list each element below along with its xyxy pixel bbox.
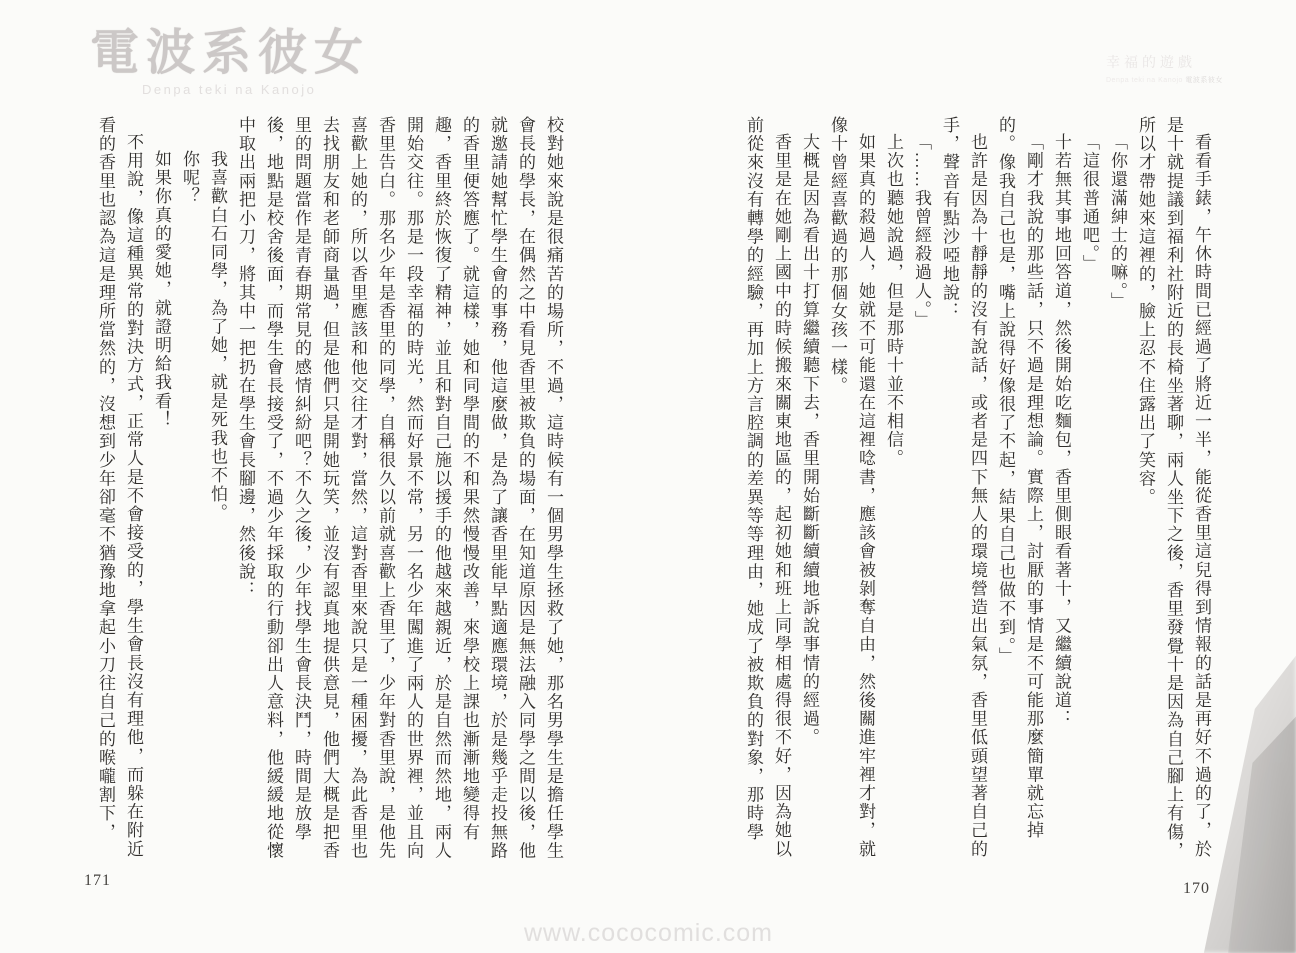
series-logo-subtitle: Denpa teki na Kanojo (142, 82, 370, 97)
page-number-left: 171 (84, 872, 111, 890)
paragraph: 不用說，像這種異常的對決方式，正常人是不會接受的，學生會長沒有理他，而躲在附近看… (91, 116, 147, 860)
paragraph: 也許是因為十靜靜的沒有說話，或者是四下無人的環境營造出氣氛，香里低頭望著自己的手… (935, 116, 991, 860)
chapter-title: 幸福的遊戲 (1106, 52, 1236, 72)
chapter-header: 幸福的遊戲 Denpa teki na Kanojo 電波系彼女 (1106, 52, 1236, 85)
paragraph: 香里是在她剛上國中的時候搬來關東地區的，起初她和班上同學相處得很不好，因為她以前… (739, 116, 795, 860)
paragraph: 我喜歡白石同學，為了她，就是死我也不怕。 (203, 116, 231, 860)
paragraph: 「你還滿紳士的嘛。」 (1103, 116, 1131, 860)
paragraph: 十若無其事地回答道，然後開始吃麵包，香里側眼看著十，又繼續說道： (1047, 116, 1075, 860)
paragraph: 上次也聽她說過，但是那時十並不相信。 (879, 116, 907, 860)
paragraph: 看看手錶，午休時間已經過了將近一半，能從香里這兒得到情報的話是再好不過的了，於是… (1131, 116, 1215, 860)
chapter-subtitle-latin: Denpa teki na Kanojo (1106, 77, 1183, 84)
watermark-text: www.cococomic.com (524, 919, 773, 948)
page-170-body-text: 看看手錶，午休時間已經過了將近一半，能從香里這兒得到情報的話是再好不過的了，於是… (739, 116, 1215, 860)
series-logo-title: 電波系彼女 (90, 26, 370, 80)
paragraph: 如果你真的愛她，就證明給我看！ (147, 116, 175, 860)
chapter-subtitle: Denpa teki na Kanojo 電波系彼女 (1106, 75, 1236, 85)
book-spread-scan: 電波系彼女 Denpa teki na Kanojo 幸福的遊戲 Denpa t… (0, 0, 1296, 953)
paragraph: 如果真的殺過人，她就不可能還在這裡唸書，應該會被剝奪自由，然後關進牢裡才對，就像… (823, 116, 879, 860)
page-171-body-text: 校對她來說是很痛苦的場所，不過，這時候有一個男學生拯救了她，那名男學生是擔任學生… (91, 116, 567, 860)
paragraph: 校對她來說是很痛苦的場所，不過，這時候有一個男學生拯救了她，那名男學生是擔任學生… (231, 116, 567, 860)
paragraph: 你呢？ (175, 116, 203, 860)
page-number-right: 170 (1183, 880, 1210, 898)
paragraph: 「剛才我說的那些話，只不過是理想論。實際上，討厭的事情是不可能那麼簡單就忘掉的。… (991, 116, 1047, 860)
series-logo: 電波系彼女 Denpa teki na Kanojo (90, 26, 370, 97)
paragraph: 大概是因為看出十打算繼續聽下去，香里開始斷斷續續地訴說事情的經過。 (795, 116, 823, 860)
paragraph: 「這很普通吧。」 (1075, 116, 1103, 860)
chapter-subtitle-cjk: 電波系彼女 (1185, 77, 1223, 84)
paragraph: 「……我曾經殺過人。」 (907, 116, 935, 860)
